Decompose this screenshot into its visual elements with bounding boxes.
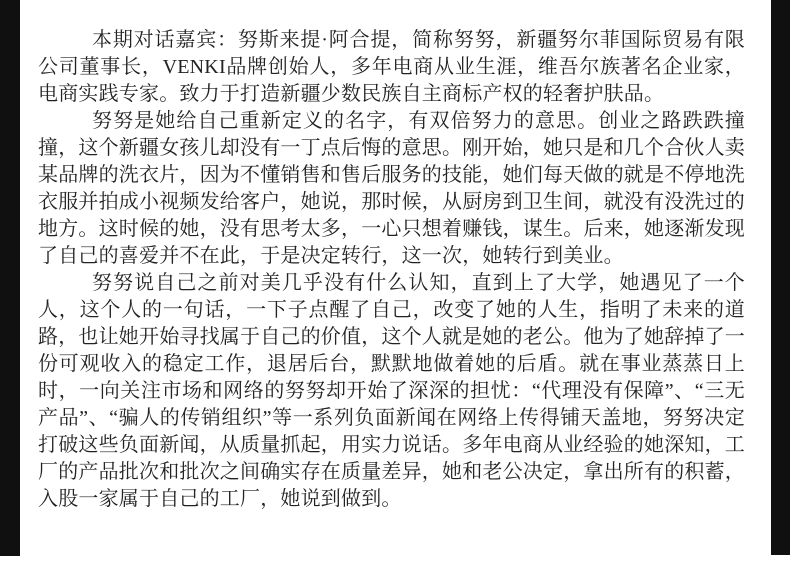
- article-body: 本期对话嘉宾：努斯来提·阿合提，简称努努，新疆努尔菲国际贸易有限公司董事长，VE…: [38, 27, 745, 513]
- paragraph-name-origin-story: 努努是她给自己重新定义的名字，有双倍努力的意思。创业之路跌跌撞撞，这个新疆女孩儿…: [38, 108, 745, 270]
- paragraph-career-turn-story: 努努说自己之前对美几乎没有什么认知，直到上了大学，她遇见了一个人，这个人的一句话…: [38, 270, 745, 513]
- article-page: 本期对话嘉宾：努斯来提·阿合提，简称努努，新疆努尔菲国际贸易有限公司董事长，VE…: [0, 0, 790, 561]
- left-border-bar: [0, 0, 20, 556]
- paragraph-guest-intro: 本期对话嘉宾：努斯来提·阿合提，简称努努，新疆努尔菲国际贸易有限公司董事长，VE…: [38, 27, 745, 108]
- right-border-bar: [771, 0, 790, 555]
